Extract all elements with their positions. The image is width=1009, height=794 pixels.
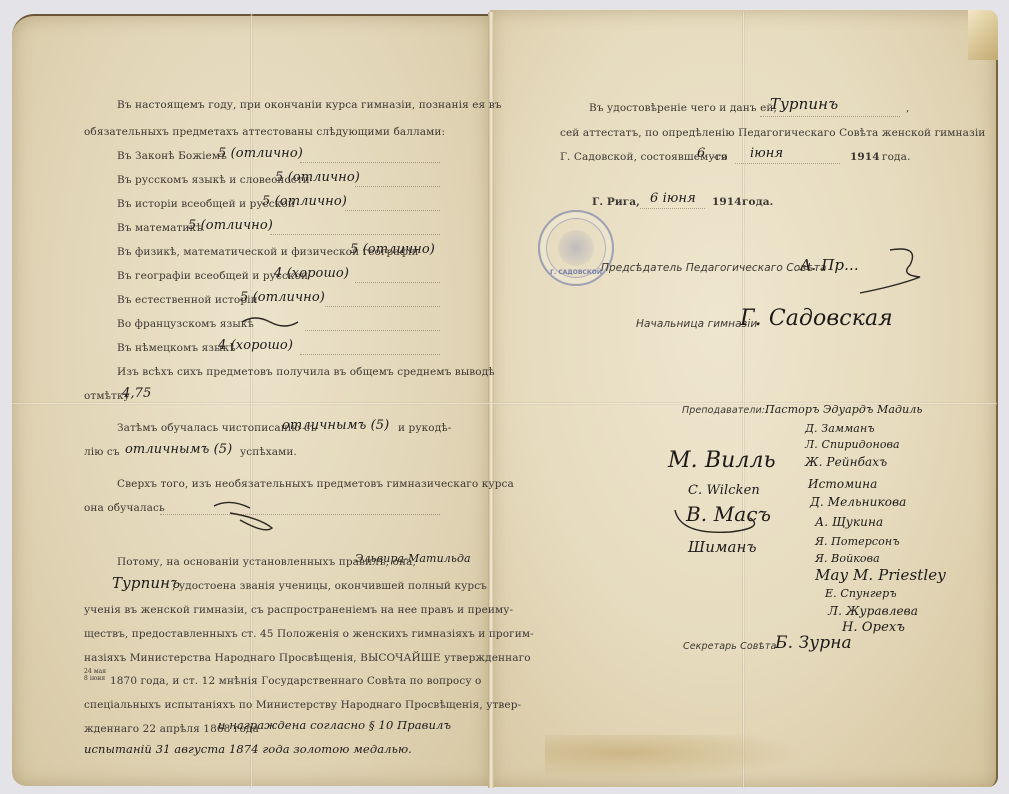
place-label: Г. Рига, xyxy=(592,196,640,208)
teachers-label: Преподаватели: xyxy=(682,405,765,416)
teacher-signature: Шиманъ xyxy=(688,538,757,556)
teacher-signature: Л. Спиридонова xyxy=(805,438,900,451)
teacher-signature: А. Щукина xyxy=(815,515,883,529)
headmistress-signature: Г. Садовская xyxy=(740,306,893,331)
average-value: 4,75 xyxy=(122,386,151,401)
subject-label: Во французскомъ языкѣ xyxy=(117,318,254,330)
handwritten-addition-1: и награждена согласно § 10 Правилъ xyxy=(218,718,451,732)
teacher-signature: Истомина xyxy=(808,477,877,491)
place-year-suffix: года. xyxy=(742,196,773,208)
signature-flourish xyxy=(840,245,930,315)
student-first-name: Эльвира-Матильда xyxy=(355,552,471,565)
margin-note-top: 24 мая xyxy=(84,668,106,675)
subject-grade: 5 (отлично) xyxy=(262,194,347,209)
attest-year-suffix: года. xyxy=(882,151,910,163)
fill-line xyxy=(270,234,440,235)
teacher-signature: May M. Priestley xyxy=(815,566,946,584)
conclusion-line-7: спеціальныхъ испытаніяхъ по Министерству… xyxy=(84,699,521,711)
teacher-signature: Ж. Рейнбахъ xyxy=(805,455,887,469)
calligraphy-grade: отличнымъ (5) xyxy=(282,418,389,433)
fill-line xyxy=(735,163,840,164)
optional-line-2: она обучалась xyxy=(84,502,165,514)
attest-name: Турпинъ xyxy=(770,95,838,113)
conclusion-line-6: 1870 года, и ст. 12 мнѣнія Государственн… xyxy=(110,675,481,687)
subject-grade: 4 (хорошо) xyxy=(218,338,293,353)
signature-flourish xyxy=(670,500,770,540)
fill-line xyxy=(345,210,440,211)
optional-line-1: Сверхъ того, изъ необязательныхъ предмет… xyxy=(117,478,514,490)
conclusion-line-4: ществъ, предоставленныхъ ст. 45 Положені… xyxy=(84,628,534,640)
official-stamp: Г. САДОВСКОЙ xyxy=(538,210,614,286)
intro-line-2: обязательныхъ предметахъ аттестованы слѣ… xyxy=(84,126,445,138)
teacher-signature: Д. Мельникова xyxy=(810,495,906,509)
secretary-signature: Б. Зурна xyxy=(775,633,852,653)
attest-line-2: сей аттестатъ, по опредѣленію Педагогиче… xyxy=(560,127,985,139)
teacher-signature: Д. Замманъ xyxy=(805,422,875,435)
fill-line xyxy=(300,162,440,163)
fill-line xyxy=(325,306,440,307)
attest-day-suffix: -го xyxy=(712,151,728,163)
chairman-label: Предсѣдатель Педагогическаго Совѣта xyxy=(601,262,827,274)
place-date: 6 іюня xyxy=(650,191,696,206)
teacher-signature: Я. Войкова xyxy=(815,552,880,565)
attest-year: 1914 xyxy=(850,151,880,163)
subject-grade: 5 (отлично) xyxy=(350,242,435,257)
water-stain xyxy=(545,735,805,780)
fill-line xyxy=(760,116,900,117)
attest-line-1: Въ удостовѣреніе чего и данъ ей, xyxy=(589,102,777,114)
subject-label: Въ естественной исторіи xyxy=(117,294,258,306)
needlework-suffix: успѣхами. xyxy=(240,446,297,458)
conclusion-line-2: , удостоена званія ученицы, окончившей п… xyxy=(172,580,487,592)
fill-line xyxy=(305,330,440,331)
fill-line xyxy=(300,354,440,355)
blank-flourish xyxy=(240,316,300,330)
handwritten-addition-2: испытаній 31 августа 1874 года золотою м… xyxy=(84,742,412,756)
conclusion-line-3: ученія въ женской гимназіи, съ распростр… xyxy=(84,604,513,616)
fill-line xyxy=(355,282,440,283)
needlework-grade: отличнымъ (5) xyxy=(125,442,232,457)
teacher-signature: М. Вилль xyxy=(668,448,776,473)
needlework-prefix: лію съ xyxy=(84,446,120,458)
teacher-signature: Пасторъ Эдуардъ Мадиль xyxy=(765,403,922,416)
fill-line xyxy=(640,208,705,209)
needlework-text: и рукодѣ- xyxy=(398,422,451,434)
teacher-signature: Я. Потерсонъ xyxy=(815,535,900,548)
teacher-signature: С. Wilcken xyxy=(688,483,760,498)
comma: , xyxy=(906,102,909,114)
margin-note-bottom: 8 іюня xyxy=(84,675,105,682)
intro-line-1: Въ настоящемъ году, при окончаніи курса … xyxy=(117,99,502,111)
attest-month: іюня xyxy=(750,146,783,161)
conclusion-line-5: назіяхъ Министерства Народнаго Просвѣщен… xyxy=(84,652,531,664)
teacher-signature: Л. Журавлева xyxy=(828,604,918,618)
subject-grade: 4 (хорошо) xyxy=(274,266,349,281)
subject-grade: 5 (отлично) xyxy=(275,170,360,185)
subject-grade: 5 (отлично) xyxy=(218,146,303,161)
secretary-label: Секретарь Совѣта xyxy=(683,641,776,652)
place-year: 1914 xyxy=(712,196,742,208)
subject-label: Въ Законѣ Божіемъ xyxy=(117,150,227,162)
eagle-emblem-icon xyxy=(558,230,594,266)
teacher-signature: Е. Спунгеръ xyxy=(825,587,897,600)
fill-line xyxy=(355,186,440,187)
corner-fold xyxy=(968,10,998,60)
center-gutter xyxy=(488,12,494,788)
subject-grade: 5 (отлично) xyxy=(188,218,273,233)
attest-day: 6 xyxy=(697,146,705,161)
subject-grade: 5 (отлично) xyxy=(240,290,325,305)
student-surname: Турпинъ xyxy=(112,574,180,592)
fill-line xyxy=(160,514,440,515)
blank-flourish xyxy=(210,498,280,538)
certificate-sheet: Въ настоящемъ году, при окончаніи курса … xyxy=(0,0,1009,794)
average-line-1: Изъ всѣхъ сихъ предметовъ получила въ об… xyxy=(117,366,495,378)
